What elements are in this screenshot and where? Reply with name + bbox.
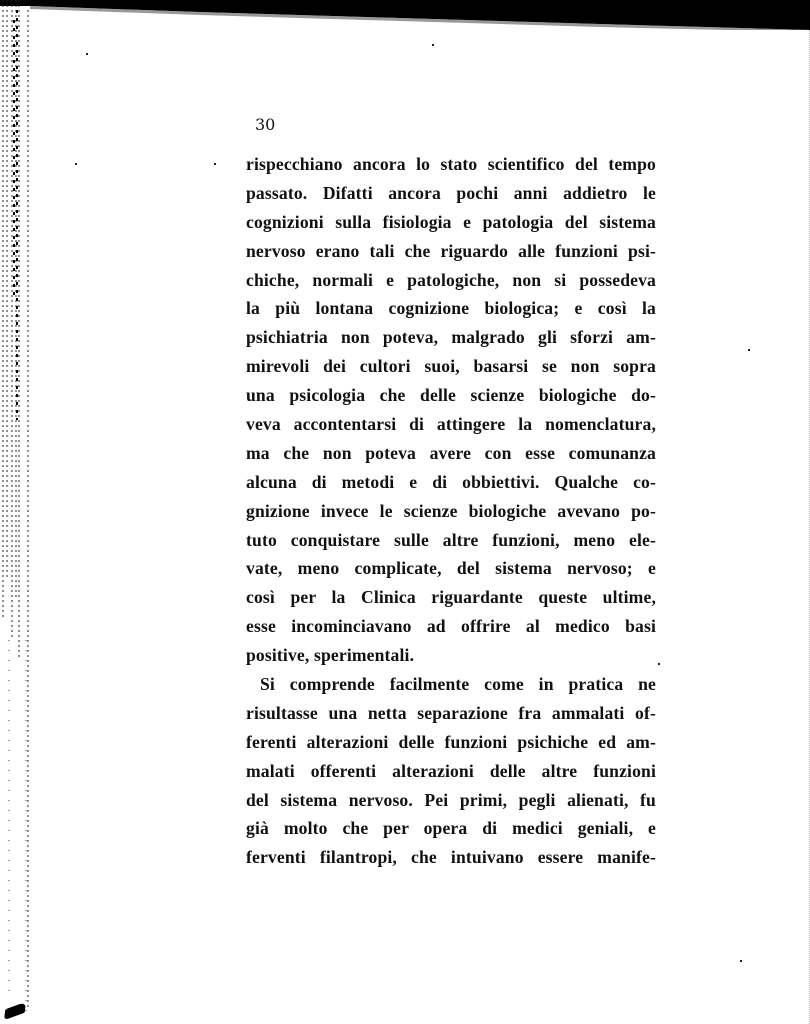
body-text: rispecchiano ancora lo stato scientifico… bbox=[246, 150, 656, 872]
text-line: chiche, normali e patologiche, non si po… bbox=[246, 266, 656, 295]
scan-speck bbox=[432, 44, 434, 46]
scan-speck bbox=[75, 163, 77, 165]
text-line: ferventi filantropi, che intuivano esser… bbox=[246, 843, 656, 872]
text-line: mirevoli dei cultori suoi, basarsi se no… bbox=[246, 352, 656, 381]
text-line: veva accontentarsi di attingere la nomen… bbox=[246, 410, 656, 439]
scanned-book-page: 30 rispecchiano ancora lo stato scientif… bbox=[0, 0, 810, 1024]
text-line: rispecchiano ancora lo stato scientifico… bbox=[246, 150, 656, 179]
text-line: esse incominciavano ad offrire al medico… bbox=[246, 612, 656, 641]
paragraph: rispecchiano ancora lo stato scientifico… bbox=[246, 150, 656, 670]
scan-speck bbox=[214, 163, 216, 165]
paragraph: Si comprende facilmente come in pratica … bbox=[246, 670, 656, 872]
text-line: vate, meno complicate, del sistema nervo… bbox=[246, 554, 656, 583]
text-line: ferenti alterazioni delle funzioni psich… bbox=[246, 728, 656, 757]
text-line: una psicologia che delle scienze biologi… bbox=[246, 381, 656, 410]
text-line: Si comprende facilmente come in pratica … bbox=[246, 670, 656, 699]
scan-binding-edge bbox=[0, 0, 34, 1024]
text-line: ma che non poteva avere con esse comunan… bbox=[246, 439, 656, 468]
text-line: alcuna di metodi e di obbiettivi. Qualch… bbox=[246, 468, 656, 497]
text-line: la più lontana cognizione biologica; e c… bbox=[246, 294, 656, 323]
scan-right-edge bbox=[805, 30, 810, 1024]
text-line: già molto che per opera di medici genial… bbox=[246, 814, 656, 843]
text-line: risultasse una netta separazione fra amm… bbox=[246, 699, 656, 728]
scan-top-border bbox=[0, 0, 810, 30]
scan-speck bbox=[740, 960, 742, 962]
scan-speck bbox=[748, 349, 750, 351]
text-line: tuto conquistare sulle altre funzioni, m… bbox=[246, 526, 656, 555]
text-line: passato. Difatti ancora pochi anni addie… bbox=[246, 179, 656, 208]
text-line: del sistema nervoso. Pei primi, pegli al… bbox=[246, 786, 656, 815]
text-line: così per la Clinica riguardante queste u… bbox=[246, 583, 656, 612]
scan-speck bbox=[658, 663, 660, 665]
text-line: positive, sperimentali. bbox=[246, 641, 656, 670]
text-line: nervoso erano tali che riguardo alle fun… bbox=[246, 237, 656, 266]
text-line: psichiatria non poteva, malgrado gli sfo… bbox=[246, 323, 656, 352]
text-line: malati offerenti alterazioni delle altre… bbox=[246, 757, 656, 786]
scan-speck bbox=[86, 53, 88, 55]
text-line: cognizioni sulla fisiologia e patologia … bbox=[246, 208, 656, 237]
text-line: gnizione invece le scienze biologiche av… bbox=[246, 497, 656, 526]
page-number: 30 bbox=[255, 115, 275, 134]
